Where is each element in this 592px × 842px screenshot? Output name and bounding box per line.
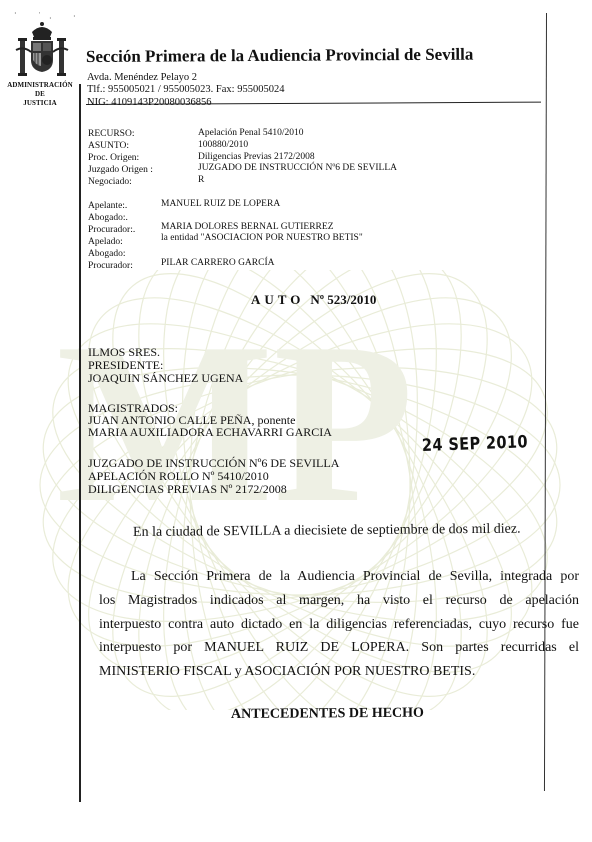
date-line: En la ciudad de SEVILLA a diecisiete de …: [133, 522, 521, 541]
court-name: Sección Primera de la Audiencia Provinci…: [86, 45, 473, 67]
case-info-label: Juzgado Origen :: [88, 165, 153, 175]
case-info-value: JUZGADO DE INSTRUCCIÓN Nº6 DE SEVILLA: [198, 163, 397, 173]
court-address: Avda. Menéndez Pelayo 2: [87, 72, 197, 83]
scan-speck: ·: [14, 9, 17, 18]
case-info-value: Diligencias Previas 2172/2008: [198, 152, 315, 162]
auto-title: AUTONº 523/2010: [251, 292, 376, 308]
paragraph-line: interpuesto contra auto dictado en la di…: [99, 617, 579, 633]
party-value: PILAR CARRERO GARCÍA: [161, 258, 275, 268]
nig-number: NIG: 4109143P20080036856: [87, 97, 212, 108]
coat-of-arms-icon: [14, 20, 70, 78]
case-info-label: Proc. Origen:: [88, 153, 139, 163]
paragraph-line: La Sección Primera de la Audiencia Provi…: [131, 569, 579, 585]
party-value: la entidad "ASOCIACION POR NUESTRO BETIS…: [161, 233, 363, 243]
party-label: Abogado:.: [88, 213, 128, 223]
paragraph-line: MINISTERIO FISCAL y ASOCIACIÓN POR NUEST…: [99, 664, 529, 680]
party-label: Apelante:.: [88, 201, 127, 211]
auto-number: Nº 523/2010: [310, 292, 376, 307]
admin-label-line: ADMINISTRACIÓN: [2, 81, 78, 90]
case-info-value: R: [198, 175, 204, 185]
auto-word: AUTO: [251, 292, 304, 307]
admin-label-line: DE: [2, 90, 78, 99]
case-info-label: ASUNTO:: [88, 141, 129, 151]
section-heading: ANTECEDENTES DE HECHO: [231, 706, 424, 723]
paragraph-line: los Magistrados indicados al margen, ha …: [99, 593, 579, 609]
received-date-stamp: 24 SEP 2010: [422, 432, 529, 456]
administration-label: ADMINISTRACIÓN DE JUSTICIA: [2, 81, 78, 108]
scan-speck: ·: [73, 12, 76, 21]
party-value: MARIA DOLORES BERNAL GUTIERREZ: [161, 222, 334, 232]
case-info-value: Apelación Penal 5410/2010: [198, 128, 304, 138]
magistrates-line: DILIGENCIAS PREVIAS Nº 2172/2008: [88, 482, 287, 497]
party-label: Procurador:: [88, 261, 133, 271]
left-margin-line: [79, 84, 81, 802]
right-margin-line: [544, 13, 547, 791]
case-info-label: RECURSO:: [88, 129, 134, 139]
party-value: MANUEL RUIZ DE LOPERA: [161, 199, 280, 209]
magistrates-line: MARIA AUXILIADORA ECHAVARRI GARCIA: [88, 425, 332, 440]
case-info-value: 100880/2010: [198, 140, 248, 150]
party-label: Abogado:: [88, 249, 125, 259]
magistrates-line: JOAQUIN SÁNCHEZ UGENA: [88, 371, 243, 386]
party-label: Procurador:.: [88, 225, 135, 235]
admin-label-line: JUSTICIA: [2, 99, 78, 108]
party-label: Apelado:: [88, 237, 123, 247]
scan-speck: ˈ: [38, 11, 41, 20]
case-info-label: Negociado:: [88, 177, 132, 187]
court-phones: Tlf.: 955005021 / 955005023. Fax: 955005…: [87, 84, 284, 95]
paragraph-line: interpuesto por MANUEL RUIZ DE LOPERA. S…: [99, 640, 579, 656]
